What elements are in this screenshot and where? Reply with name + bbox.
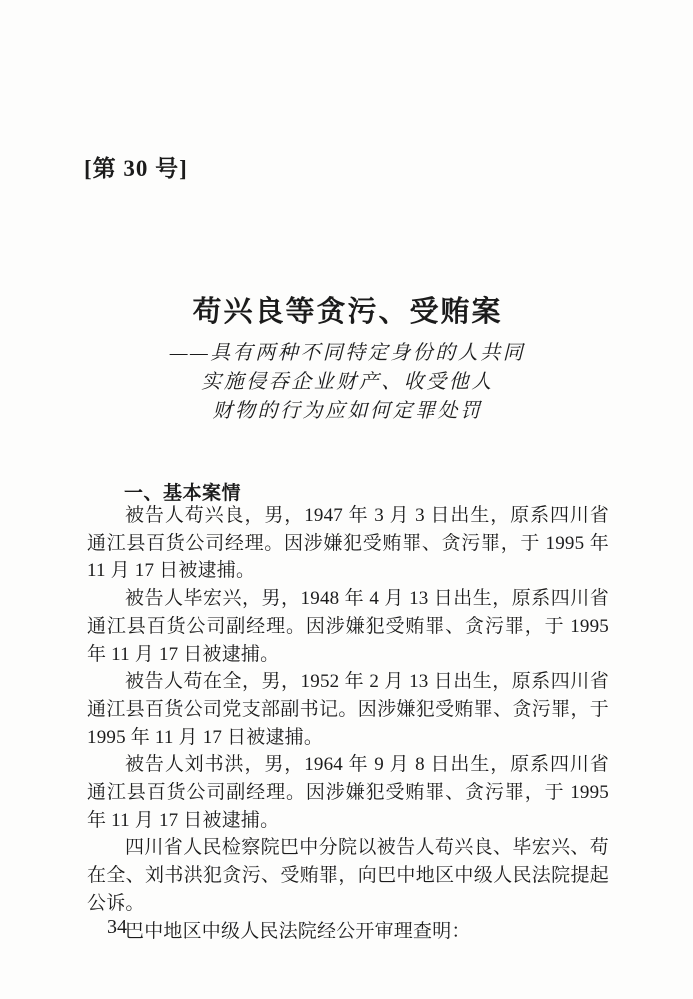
- subtitle: ——具有两种不同特定身份的人共同实施侵吞企业财产、收受他人财物的行为应如何定罪处…: [87, 339, 608, 426]
- body-paragraph: 被告人毕宏兴，男，1948 年 4 月 13 日出生，原系四川省通江县百货公司副…: [87, 585, 609, 668]
- body-paragraph: 被告人苟兴良，男，1947 年 3 月 3 日出生，原系四川省通江县百货公司经理…: [87, 502, 609, 585]
- case-number-label: [第 30 号]: [84, 150, 188, 183]
- book-page: [第 30 号] 苟兴良等贪污、受贿案 ——具有两种不同特定身份的人共同实施侵吞…: [0, 0, 693, 999]
- subtitle-line: ——具有两种不同特定身份的人共同: [87, 339, 608, 368]
- body-paragraph: 被告人苟在全，男，1952 年 2 月 13 日出生，原系四川省通江县百货公司党…: [87, 668, 609, 751]
- body-paragraph: 被告人刘书洪，男，1964 年 9 月 8 日出生，原系四川省通江县百货公司副经…: [87, 751, 609, 834]
- body-paragraph: 巴中地区中级人民法院经公开审理查明：: [87, 918, 609, 946]
- page-title: 苟兴良等贪污、受贿案: [87, 293, 608, 331]
- body-paragraph: 四川省人民检察院巴中分院以被告人苟兴良、毕宏兴、苟在全、刘书洪犯贪污、受贿罪，向…: [87, 834, 609, 917]
- section-heading: 一、基本案情: [124, 478, 241, 505]
- body-text: 被告人苟兴良，男，1947 年 3 月 3 日出生，原系四川省通江县百货公司经理…: [87, 502, 609, 945]
- page-number: 34: [107, 916, 127, 939]
- title-block: 苟兴良等贪污、受贿案 ——具有两种不同特定身份的人共同实施侵吞企业财产、收受他人…: [87, 293, 608, 426]
- subtitle-line: 财物的行为应如何定罪处罚: [87, 397, 608, 426]
- subtitle-line: 实施侵吞企业财产、收受他人: [87, 368, 608, 397]
